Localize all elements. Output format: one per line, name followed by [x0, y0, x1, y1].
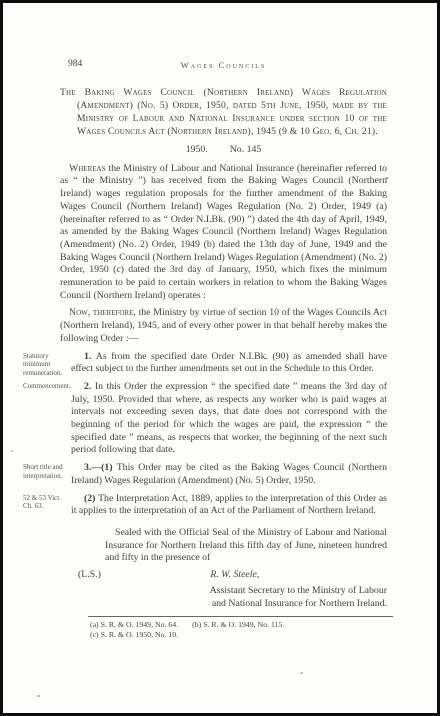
document-page: 984 Wages Councils The Baking Wages Coun…: [0, 0, 440, 716]
signatory-title-line1: Assistant Secretary to the Ministry of L…: [60, 585, 387, 598]
order-number: No. 145: [230, 144, 262, 155]
article-3-1-text: 3.—(1) This Order may be cited as the Ba…: [71, 462, 387, 487]
article-2-number: 2.: [84, 381, 91, 392]
now-lead: Now, therefore,: [69, 307, 136, 318]
sidenote-article-1: Statutory minimum remuneration.: [23, 352, 66, 378]
footnotes: (a) S. R. & O. 1949, No. 64.(b) S. R. & …: [90, 620, 387, 639]
whereas-lead: Whereas: [69, 163, 105, 174]
scan-speck: [37, 695, 40, 697]
page-header: 984 Wages Councils: [60, 58, 387, 72]
article-1: Statutory minimum remuneration. 1. As fr…: [71, 351, 387, 376]
article-1-body: As from the specified date Order N.I.Bk.…: [71, 351, 387, 375]
footnote-b: (b) S. R. & O. 1949, No. 115.: [192, 620, 284, 629]
sealing-clause: Sealed with the Official Seal of the Min…: [105, 527, 387, 565]
signature-row: (L.S.) R. W. Steele,: [60, 569, 387, 583]
scan-speck: [300, 672, 303, 674]
page-content: 984 Wages Councils The Baking Wages Coun…: [60, 3, 387, 639]
recital-whereas: Whereas the Ministry of Labour and Natio…: [60, 163, 387, 303]
article-3-paragraph-2: 52 & 53 Vict. Ch. 63. (2) The Interpreta…: [71, 493, 387, 518]
whereas-text: the Ministry of Labour and National Insu…: [60, 163, 387, 301]
scan-speck: [11, 450, 13, 452]
article-2-text: 2. In this Order the expression “ the sp…: [71, 381, 387, 457]
scan-speck: [335, 129, 337, 131]
article-3-2-body: The Interpretation Act, 1889, applies to…: [71, 493, 387, 517]
signatory-title-line2: and National Insurance for Northern Irel…: [60, 598, 387, 611]
order-year: 1950.: [186, 144, 208, 155]
running-title: Wages Councils: [60, 59, 387, 72]
footnote-line-2: (c) S. R. & O. 1950, No. 10.: [90, 630, 387, 640]
signature-name: R. W. Steele,: [210, 569, 259, 582]
scan-speck: [386, 177, 388, 179]
footnote-c: (c) S. R. & O. 1950, No. 10.: [90, 630, 178, 639]
footnote-divider: [88, 616, 393, 617]
article-3-2-text: (2) The Interpretation Act, 1889, applie…: [71, 493, 387, 518]
order-number-line: 1950.No. 145: [60, 144, 387, 157]
article-2-body: In this Order the expression “ the speci…: [71, 381, 387, 456]
order-title: The Baking Wages Council (Northern Irela…: [60, 86, 387, 138]
article-3-paragraph-1: Short title and interpretation. 3.—(1) T…: [71, 462, 387, 487]
footnote-a: (a) S. R. & O. 1949, No. 64.: [90, 620, 178, 629]
signatory-title: Assistant Secretary to the Ministry of L…: [60, 585, 387, 610]
article-3-1-body: This Order may be cited as the Baking Wa…: [71, 462, 387, 486]
article-1-number: 1.: [84, 351, 91, 362]
sidenote-citation-interpretation-act: 52 & 53 Vict. Ch. 63.: [23, 494, 66, 511]
article-3-2-number: (2): [84, 493, 95, 504]
recital-now-therefore: Now, therefore, the Ministry by virtue o…: [60, 307, 387, 345]
sidenote-article-3: Short title and interpretation.: [23, 463, 66, 480]
article-1-text: 1. As from the specified date Order N.I.…: [71, 351, 387, 376]
seal-mark: (L.S.): [78, 569, 101, 582]
article-3-1-number: 3.—(1): [84, 462, 113, 473]
footnote-line-1: (a) S. R. & O. 1949, No. 64.(b) S. R. & …: [90, 620, 387, 630]
sidenote-article-2: Commencement.: [23, 382, 66, 391]
article-2: Commencement. 2. In this Order the expre…: [71, 381, 387, 457]
